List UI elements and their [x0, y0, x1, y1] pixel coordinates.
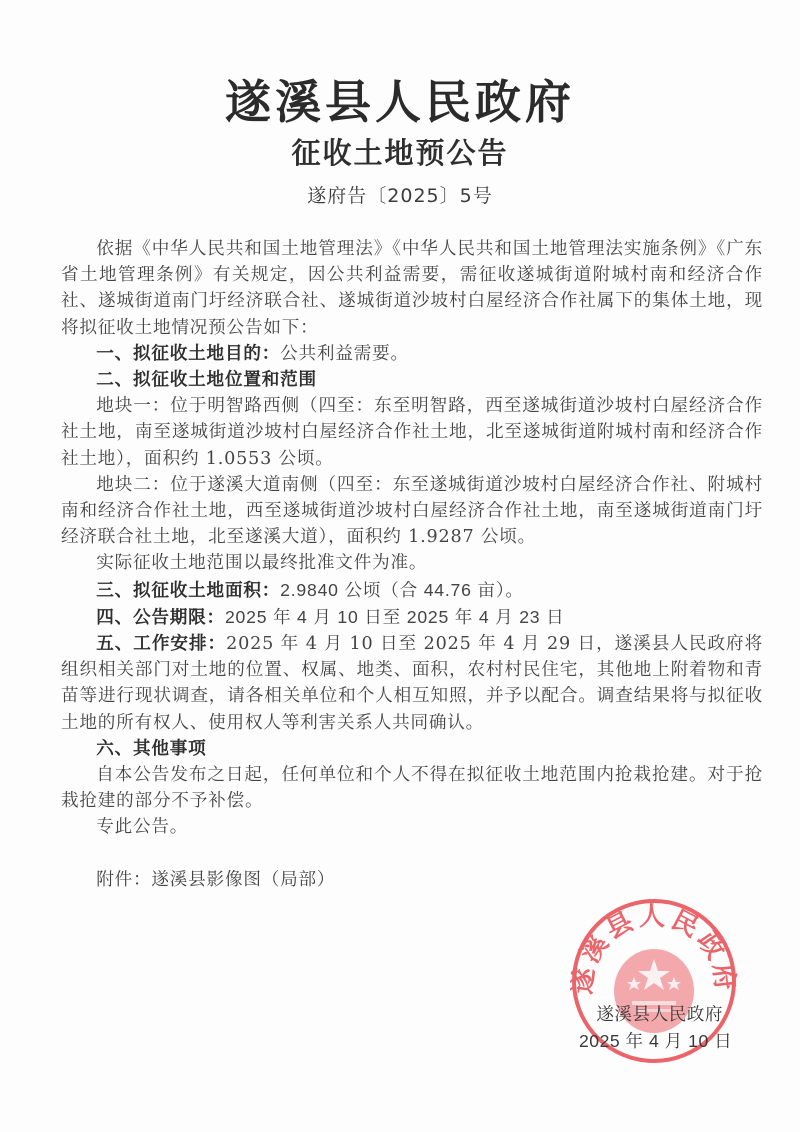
section-location-heading: 二、拟征收土地位置和范围 — [96, 370, 317, 390]
section-work-plan-heading: 五、工作安排： — [96, 634, 226, 654]
issuing-authority-title: 遂溪县人民政府 — [0, 66, 800, 132]
section-purpose-heading: 一、拟征收土地目的： — [96, 344, 280, 364]
section-area-text: 2.9840 公顷（合 44.76 亩）。 — [280, 580, 524, 600]
section-other-text: 自本公告发布之日起，任何单位和个人不得在拟征收土地范围内抢栽抢建。对于抢栽抢建的… — [61, 762, 763, 814]
section-work-plan: 五、工作安排：2025 年 4 月 10 日至 2025 年 4 月 29 日，… — [61, 631, 763, 736]
section-period-heading: 四、公告期限： — [96, 608, 225, 628]
section-period-text: 2025 年 4 月 10 日至 2025 年 4 月 23 日 — [225, 607, 565, 627]
document-page: 遂溪县人民政府 征收土地预公告 遂府告〔2025〕5号 依据《中华人民共和国土地… — [0, 0, 800, 1132]
document-number: 遂府告〔2025〕5号 — [0, 181, 800, 208]
scope-note: 实际征收土地范围以最终批准文件为准。 — [61, 550, 763, 576]
section-purpose: 一、拟征收土地目的：公共利益需要。 — [61, 341, 763, 367]
section-area: 三、拟征收土地面积：2.9840 公顷（合 44.76 亩）。 — [61, 577, 763, 604]
document-title: 征收土地预公告 — [0, 131, 800, 172]
section-area-heading: 三、拟征收土地面积： — [96, 581, 280, 601]
section-period: 四、公告期限：2025 年 4 月 10 日至 2025 年 4 月 23 日 — [61, 604, 763, 631]
plot-two-paragraph: 地块二：位于遂溪大道南侧（四至：东至遂城街道沙坡村白屋经济合作社、附城村南和经济… — [61, 472, 763, 551]
spacer — [61, 841, 763, 867]
signature-date: 2025 年 4 月 10 日 — [579, 1028, 743, 1054]
closing-line: 专此公告。 — [61, 814, 763, 840]
section-other: 六、其他事项 — [61, 736, 763, 762]
signature-block: 遂溪县人民政府 2025 年 4 月 10 日 — [573, 1002, 743, 1054]
plot-one-paragraph: 地块一：位于明智路西侧（四至：东至明智路，西至遂城街道沙坡村白屋经济合作社土地，… — [61, 393, 763, 472]
section-other-heading: 六、其他事项 — [96, 739, 206, 759]
document-body: 依据《中华人民共和国土地管理法》《中华人民共和国土地管理法实施条例》《广东省土地… — [61, 236, 763, 893]
signature-org: 遂溪县人民政府 — [573, 1002, 743, 1028]
section-purpose-text: 公共利益需要。 — [280, 344, 409, 364]
attachment-line: 附件：遂溪县影像图（局部） — [61, 867, 763, 893]
section-location: 二、拟征收土地位置和范围 — [61, 367, 763, 393]
intro-paragraph: 依据《中华人民共和国土地管理法》《中华人民共和国土地管理法实施条例》《广东省土地… — [61, 236, 763, 341]
